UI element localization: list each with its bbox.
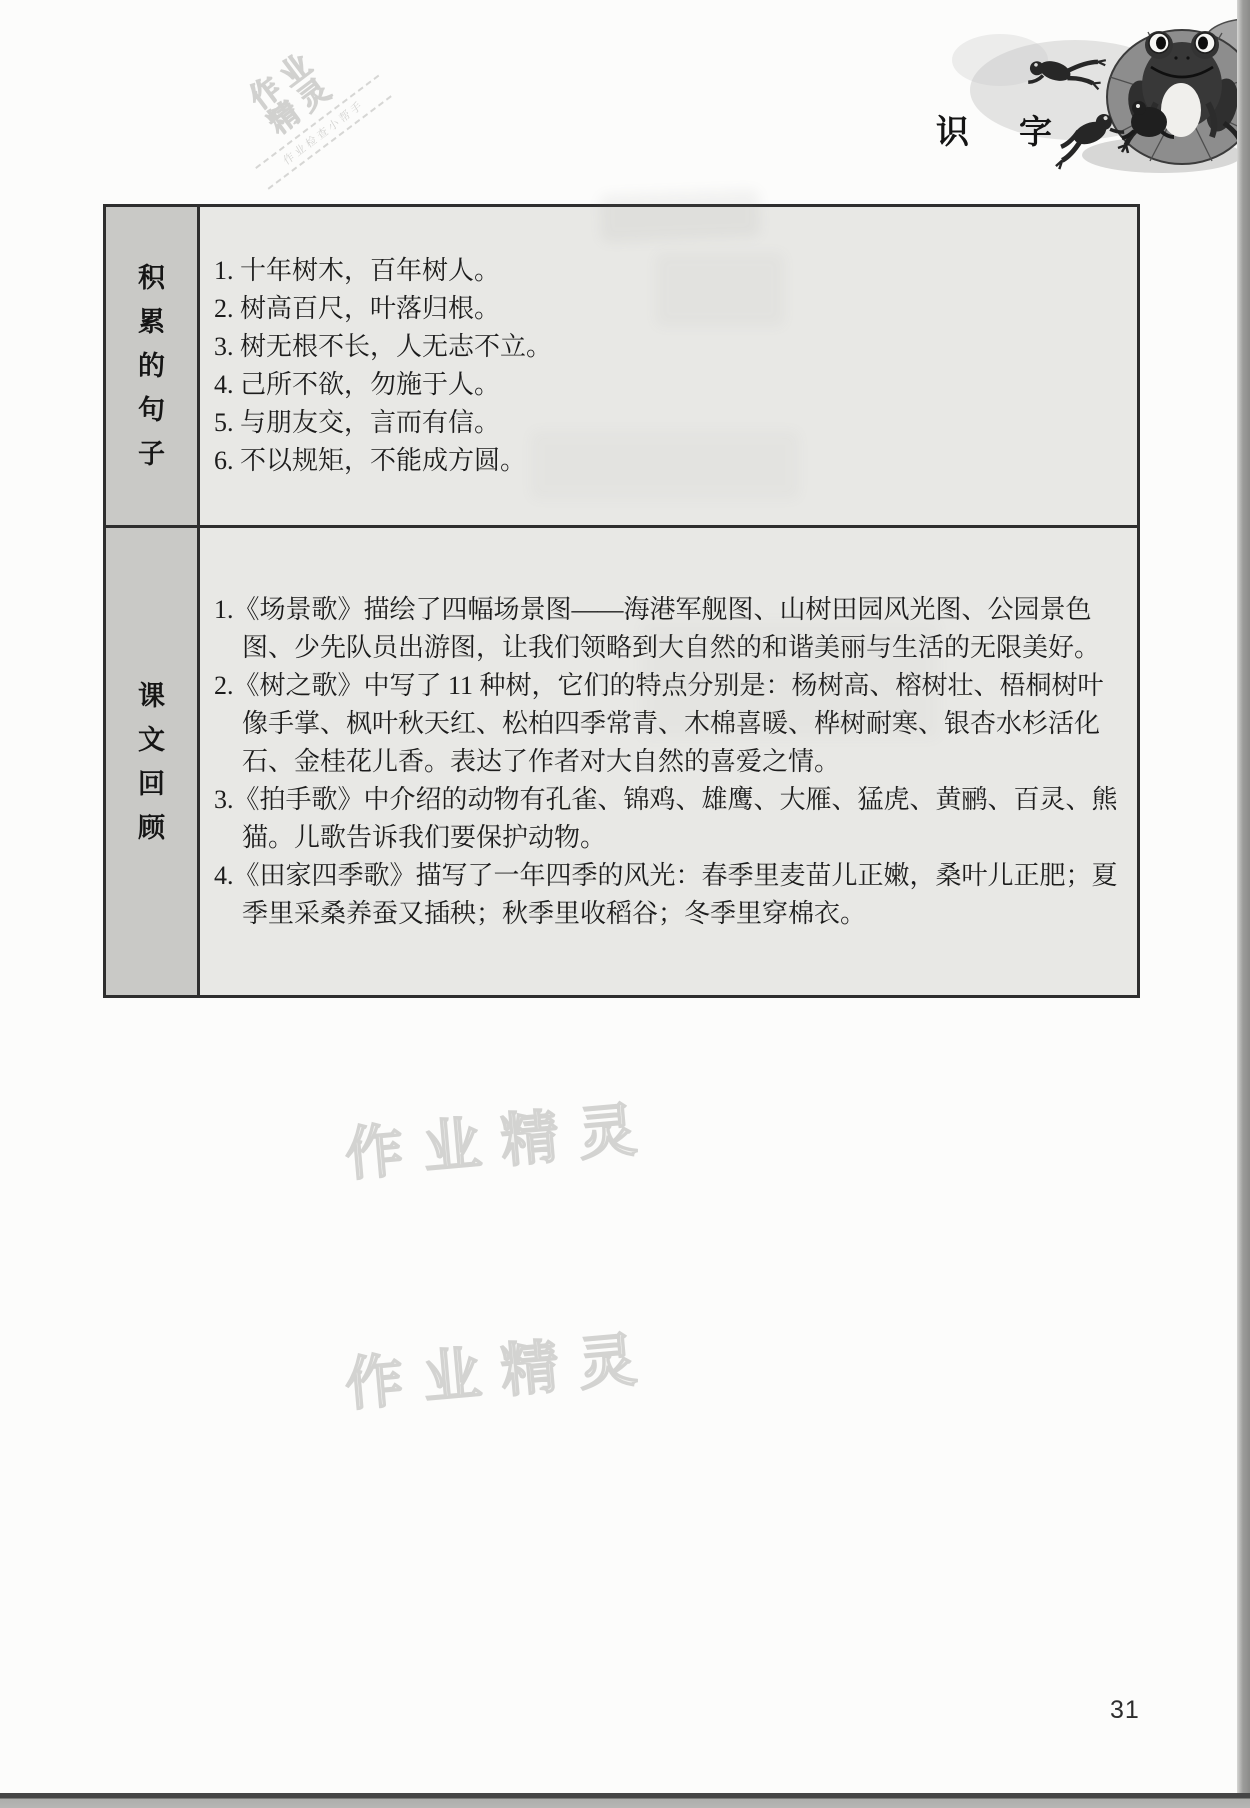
row-label-cell-text-review: 课文回顾 [106,528,200,995]
list-item: 3. 树无根不长，人无志不立。 [214,328,1121,366]
ghost-watermark-1: 作业精灵 [341,1081,659,1192]
bleed-through-artifact [530,430,800,500]
review-table: 积累的句子 1. 十年树木，百年树人。 2. 树高百尺，叶落归根。 3. 树无根… [103,204,1140,998]
row-label-accumulated-sentences: 积累的句子 [134,256,170,476]
page-edge-shadow-right [1237,0,1250,1808]
list-item: 4. 己所不欲，勿施于人。 [214,366,1121,404]
text-review-content: 1.《场景歌》描绘了四幅场景图——海港军舰图、山树田园风光图、公园景色图、少先队… [200,528,1137,995]
bleed-through-artifact [655,252,785,327]
row-label-cell-accumulated-sentences: 积累的句子 [106,207,200,525]
list-item: 4.《田家四季歌》描写了一年四季的风光：春季里麦苗儿正嫩，桑叶儿正肥；夏季里采桑… [214,857,1121,933]
page-edge-shadow-bottom [0,1793,1250,1808]
table-row-text-review: 课文回顾 1.《场景歌》描绘了四幅场景图——海港军舰图、山树田园风光图、公园景色… [106,528,1137,995]
bleed-through-artifact [640,620,940,740]
scanned-workbook-page: { "header": { "title": "识字", "illustrati… [0,0,1250,1808]
page-number: 31 [1110,1696,1140,1725]
bleed-through-artifact [599,189,761,243]
page-title: 识字 [936,106,1102,153]
ghost-watermark-2: 作业精灵 [341,1311,659,1422]
list-item: 3.《拍手歌》中介绍的动物有孔雀、锦鸡、雄鹰、大雁、猛虎、黄鹂、百灵、熊猫。儿歌… [214,781,1121,857]
stamp-watermark: 作业 精灵 作业检查小帮手 [207,16,399,193]
row-label-text-review: 课文回顾 [134,674,170,850]
